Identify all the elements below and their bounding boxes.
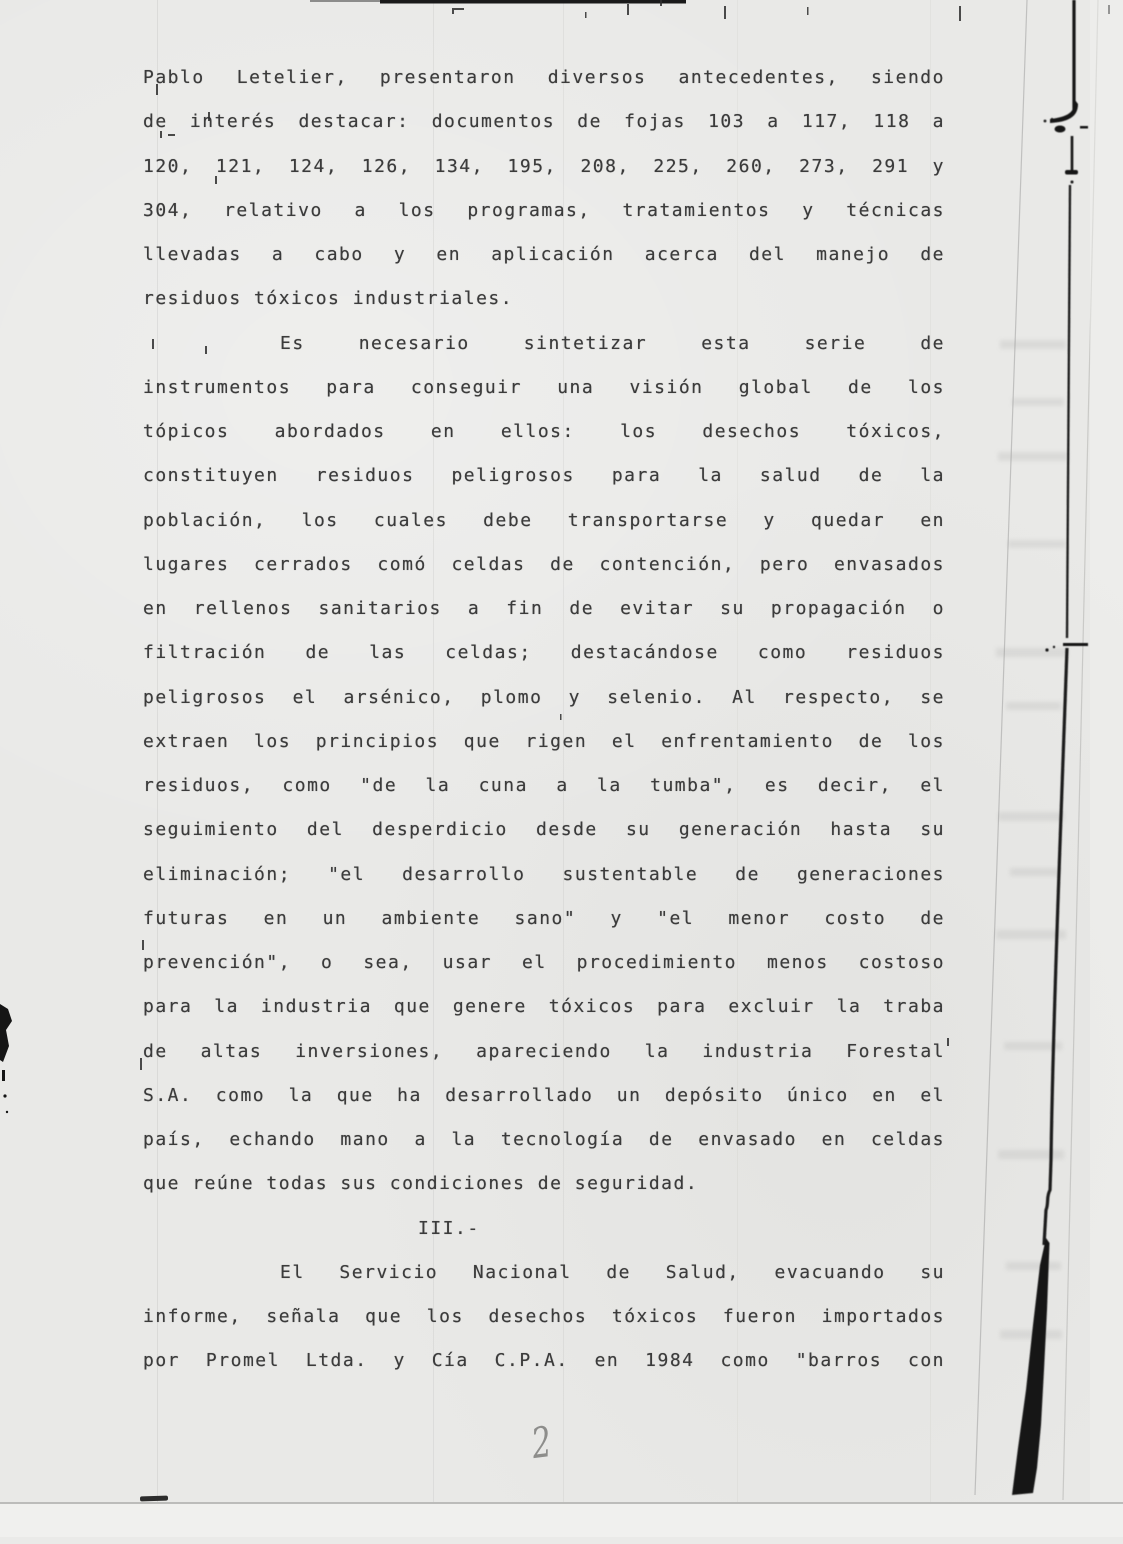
text-line: El Servicio Nacional de Salud, evacuando…: [143, 1251, 945, 1295]
handwritten-page-number: 2: [529, 1417, 554, 1468]
bleedthrough-smudges: [996, 340, 1068, 1339]
text-line: S.A. como la que ha desarrollado un depó…: [143, 1074, 945, 1118]
text-line: Pablo Letelier, presentaron diversos ant…: [143, 56, 945, 100]
text-line: residuos, como "de la cuna a la tumba", …: [143, 764, 945, 808]
text-line: población, los cuales debe transportarse…: [143, 499, 945, 543]
text-line: seguimiento del desperdicio desde su gen…: [143, 808, 945, 852]
text-line: por Promel Ltda. y Cía C.P.A. en 1984 co…: [143, 1339, 945, 1383]
text-line: residuos tóxicos industriales.: [143, 277, 945, 321]
scanner-edge-top: [310, 0, 686, 4]
fold-crease: [975, 0, 1027, 1495]
text-line: constituyen residuos peligrosos para la …: [143, 454, 945, 498]
text-line: informe, señala que los desechos tóxicos…: [143, 1295, 945, 1339]
text-line: filtración de las celdas; destacándose c…: [143, 631, 945, 675]
text-line: país, echando mano a la tecnología de en…: [143, 1118, 945, 1162]
left-edge-blob: [0, 1004, 12, 1113]
fold-crease: [1063, 0, 1098, 1500]
text-line: eliminación; "el desarrollo sustentable …: [143, 853, 945, 897]
text-line: Es necesario sintetizar esta serie de: [143, 322, 945, 366]
text-line: tópicos abordados en ellos: los desechos…: [143, 410, 945, 454]
scanned-page: Pablo Letelier, presentaron diversos ant…: [0, 0, 1123, 1544]
binding-fold-line: [1012, 0, 1088, 1495]
text-line: futuras en un ambiente sano" y "el menor…: [143, 897, 945, 941]
text-line: que reúne todas sus condiciones de segur…: [143, 1162, 945, 1206]
document-text: Pablo Letelier, presentaron diversos ant…: [143, 56, 945, 1384]
text-line: de interés destacar: documentos de fojas…: [143, 100, 945, 144]
text-line: llevadas a cabo y en aplicación acerca d…: [143, 233, 945, 277]
text-line: en rellenos sanitarios a fin de evitar s…: [143, 587, 945, 631]
text-line: 304, relativo a los programas, tratamien…: [143, 189, 945, 233]
text-line: peligrosos el arsénico, plomo y selenio.…: [143, 676, 945, 720]
text-line: para la industria que genere tóxicos par…: [143, 985, 945, 1029]
text-line: de altas inversiones, apareciendo la ind…: [143, 1030, 945, 1074]
text-line: 120, 121, 124, 126, 134, 195, 208, 225, …: [143, 145, 945, 189]
text-line: prevención", o sea, usar el procedimient…: [143, 941, 945, 985]
text-line: lugares cerrados comó celdas de contenci…: [143, 543, 945, 587]
text-line: instrumentos para conseguir una visión g…: [143, 366, 945, 410]
text-line: extraen los principios que rigen el enfr…: [143, 720, 945, 764]
section-heading: III.-: [143, 1207, 945, 1251]
